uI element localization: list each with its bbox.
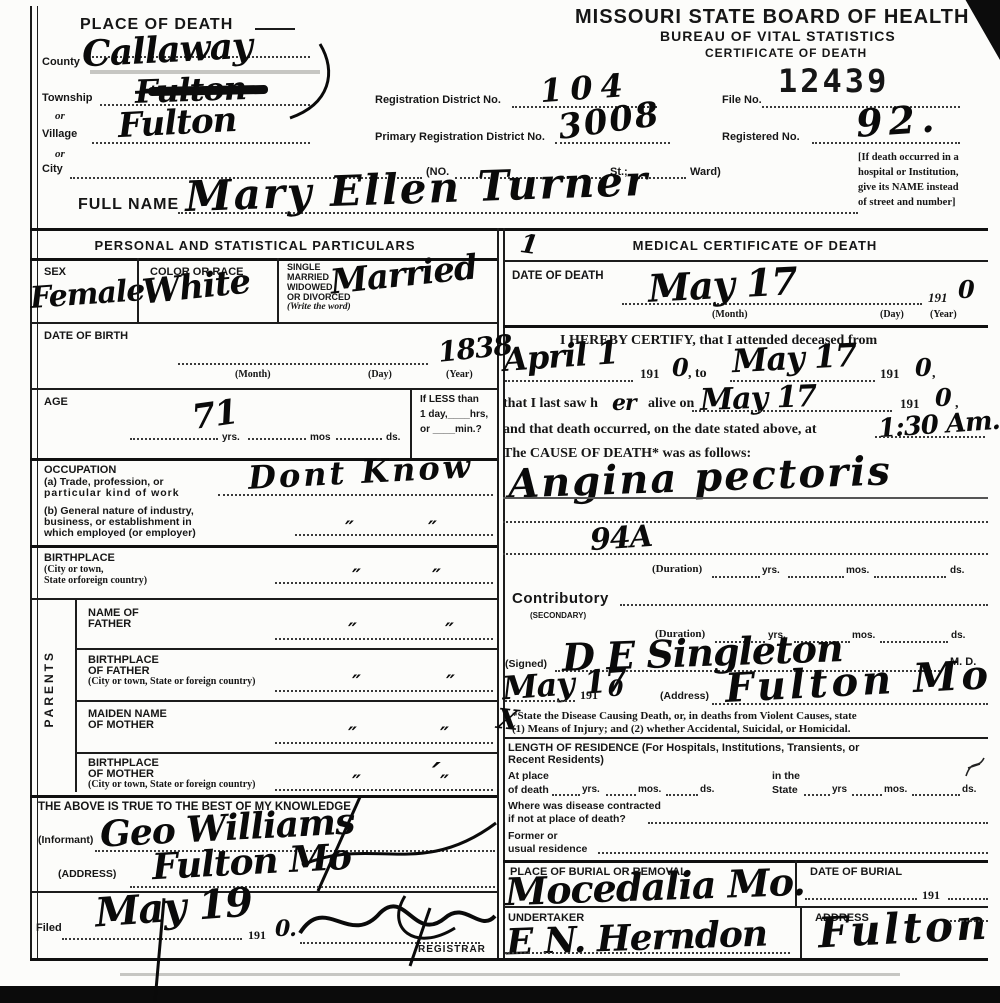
scan-bottom-bar	[0, 986, 1000, 1003]
hospital-note-line1: [If death occurred in a	[858, 152, 959, 163]
father-name-line	[275, 638, 493, 640]
duration-label: (Duration)	[652, 563, 702, 575]
undertaker-line	[505, 952, 790, 954]
undertaker-divider	[800, 906, 802, 958]
from-year-printed: 191	[640, 366, 660, 382]
duration2-ds: ds.	[951, 630, 965, 641]
date-of-death-value: May 17	[647, 262, 798, 308]
rule	[503, 737, 988, 739]
table-top-border	[30, 228, 988, 231]
duration-yrs: yrs.	[762, 565, 780, 576]
cell-divider	[277, 258, 279, 322]
sex-value: Female	[29, 276, 145, 314]
board-title: MISSOURI STATE BOARD OF HEALTH	[575, 6, 969, 29]
rule	[75, 752, 497, 754]
dod-year-hw: 0	[958, 278, 974, 302]
filed-line	[62, 938, 242, 940]
dob-label: DATE OF BIRTH	[44, 330, 128, 342]
age-label: AGE	[44, 396, 68, 408]
ditto-mark: ″	[440, 724, 448, 744]
county-label: County	[42, 56, 80, 68]
blank-line	[503, 553, 988, 555]
dob-line	[178, 363, 428, 365]
if-less-line3: or ____min.?	[420, 424, 482, 435]
ditto-mark: ″	[348, 620, 356, 640]
burial-date-label: DATE OF BURIAL	[810, 866, 902, 878]
stray-mark-1: 1	[518, 231, 539, 259]
rule	[75, 700, 497, 702]
or-label: or	[55, 110, 65, 122]
duration-ds: ds.	[950, 565, 964, 576]
seen-year-hw: 0	[935, 386, 951, 410]
certificate-title: CERTIFICATE OF DEATH	[705, 46, 867, 60]
scan-left-border-1	[30, 6, 32, 960]
mother-bp-line	[275, 789, 493, 791]
death-certificate: PLACE OF DEATH MISSOURI STATE BOARD OF H…	[0, 0, 1000, 1003]
rule	[30, 545, 497, 548]
former-line	[598, 852, 988, 854]
dur2-ds-line	[880, 641, 948, 643]
from-year-hw: 0	[672, 356, 688, 380]
birthplace-sub1: (City or town,	[44, 564, 104, 575]
color-race-value: White	[141, 264, 252, 309]
sdate-year-hw: 0	[608, 678, 622, 700]
secondary-label: (SECONDARY)	[530, 611, 586, 620]
residence-title-line1: LENGTH OF RESIDENCE (For Hospitals, Inst…	[508, 742, 859, 754]
cell-divider	[137, 258, 139, 322]
rule	[503, 325, 988, 328]
ditto-mark: ″	[352, 772, 360, 792]
bureau-title: BUREAU OF VITAL STATISTICS	[660, 28, 896, 44]
age-yrs-label: yrs.	[222, 432, 240, 443]
in-the-label: in the	[772, 770, 800, 782]
dur-mos-line	[788, 576, 844, 578]
township-label: Township	[42, 92, 93, 104]
ditto-mark: ″	[348, 724, 356, 744]
former-label1: Former or	[508, 830, 558, 842]
age-yrs-line	[130, 438, 218, 440]
res-mos2: mos.	[884, 784, 907, 795]
contributory-label: Contributory	[512, 590, 609, 607]
village-label: Village	[42, 128, 77, 140]
if-less-line1: If LESS than	[420, 394, 479, 405]
or-label: or	[55, 148, 65, 160]
primary-reg-label: Primary Registration District No.	[375, 131, 545, 143]
hospital-note-line4: of street and number]	[858, 197, 956, 208]
scan-smudge	[120, 973, 900, 976]
res-line	[666, 794, 698, 796]
birthplace-sub2: State orforeign country)	[44, 575, 147, 586]
burial-date-line	[805, 898, 917, 900]
ditto-mark: ″	[440, 772, 448, 792]
ditto-mark: ″	[352, 566, 360, 586]
footnote-line1: *State the Disease Causing Death, or, in…	[512, 710, 857, 722]
undertaker-address-value: Fulton	[817, 904, 990, 955]
parents-label: PARENTS	[42, 650, 56, 727]
filed-year-hw: 0.	[275, 918, 296, 940]
her-hw: er	[612, 392, 636, 414]
to-year-printed: 191	[880, 366, 900, 382]
marital-write-word: (Write the word)	[287, 302, 351, 312]
filed-date-value: May 19	[94, 883, 253, 934]
res-yrs1: yrs.	[582, 784, 600, 795]
registered-no-label: Registered No.	[722, 131, 800, 143]
dod-year-label: (Year)	[930, 309, 957, 320]
registered-no-value: 92.	[855, 99, 942, 143]
seen-year-printed: 191	[900, 396, 920, 412]
former-label2: usual residence	[508, 843, 587, 855]
full-name-label: FULL NAME	[78, 196, 179, 214]
burial-year-printed: 191	[922, 888, 940, 903]
rule	[75, 648, 497, 650]
pen-flourish	[282, 42, 332, 122]
city-ward-label: Ward)	[690, 166, 721, 178]
hospital-note-line2: hospital or Institution,	[858, 167, 958, 178]
to-year-hw: 0	[915, 356, 931, 380]
informant-label: (Informant)	[38, 834, 93, 846]
village-value: Fulton	[117, 103, 237, 143]
marital-label-single: SINGLE	[287, 262, 321, 272]
attended-to-value: May 17	[731, 339, 857, 377]
if-less-line2: 1 day,____hrs,	[420, 409, 488, 420]
attended-from-value: April 1	[502, 336, 619, 376]
contracted-line	[648, 822, 988, 824]
dod-year-printed: 191	[928, 290, 948, 306]
address2-value: Fulton Mo	[724, 655, 993, 709]
occupation-a-value: Dont Know	[247, 450, 474, 494]
reg-district-label: Registration District No.	[375, 94, 501, 106]
dod-day-label: (Day)	[880, 309, 904, 320]
county-value: Callaway	[81, 28, 253, 73]
ditto-mark: ″	[445, 620, 453, 640]
filed-year-printed: 191	[248, 928, 266, 943]
date-of-death-label: DATE OF DEATH	[512, 270, 604, 282]
pen-flourish-g: ˊ	[425, 762, 439, 792]
full-name-value: Mary Ellen Turner	[184, 160, 649, 218]
at-place-label1: At place	[508, 770, 549, 782]
dur-ds-line	[874, 576, 946, 578]
age-mos-label: mos	[310, 432, 331, 443]
mother-bp-sub: (City or town, State or foreign country)	[88, 779, 255, 790]
time-line	[875, 436, 985, 438]
address2-label: (Address)	[660, 690, 709, 702]
cause-line	[503, 497, 988, 499]
filed-label: Filed	[36, 922, 62, 934]
dob-year-label: (Year)	[446, 369, 473, 380]
burial-place-value: Mocedalia Mo.	[504, 863, 805, 911]
contracted-label1: Where was disease contracted	[508, 800, 661, 812]
sdate-line	[505, 700, 575, 702]
res-line	[852, 794, 882, 796]
state-label: State	[772, 784, 798, 796]
father-bp-line	[275, 690, 493, 692]
ditto-mark: ″	[352, 672, 360, 692]
res-yrs2: yrs	[832, 784, 847, 795]
res-ds1: ds.	[700, 784, 714, 795]
ditto-mark: ″	[446, 672, 454, 692]
from-line	[505, 380, 633, 382]
marital-label-widowed: WIDOWED	[287, 282, 333, 292]
dob-day-label: (Day)	[368, 369, 392, 380]
scan-left-border-2	[37, 6, 38, 960]
hospital-note-line3: give its NAME instead	[858, 182, 959, 193]
file-no-value: 12439	[778, 62, 889, 100]
sex-label: SEX	[44, 266, 66, 278]
cell-divider	[410, 388, 412, 458]
blank-line	[503, 521, 988, 523]
occupation-label: OCCUPATION	[44, 464, 116, 476]
file-no-label: File No.	[722, 94, 762, 106]
medical-section-title: MEDICAL CERTIFICATE OF DEATH	[560, 238, 950, 253]
res-line	[912, 794, 960, 796]
dur-yrs-line	[712, 576, 760, 578]
registrar-label: REGISTRAR	[418, 944, 486, 955]
contributory-line	[620, 604, 988, 606]
father-name-label2: FATHER	[88, 618, 131, 630]
certify-line2a: that I last saw h	[503, 396, 598, 412]
ditto-mark: ″	[428, 518, 436, 538]
ditto-mark: ″	[345, 518, 353, 538]
res-line	[804, 794, 830, 796]
rule	[30, 388, 497, 390]
ink-blot	[148, 85, 268, 96]
cause-code-value: 94A	[589, 522, 653, 556]
personal-section-title: PERSONAL AND STATISTICAL PARTICULARS	[60, 238, 450, 253]
dod-month-label: (Month)	[712, 309, 748, 320]
age-ds-line	[336, 438, 382, 440]
certify-line2b: alive on	[648, 396, 694, 412]
city-label: City	[42, 163, 63, 175]
father-bp-sub: (City or town, State or foreign country)	[88, 676, 255, 687]
birthplace-label: BIRTHPLACE	[44, 552, 115, 564]
dob-month-label: (Month)	[235, 369, 271, 380]
seen-line	[692, 410, 892, 412]
res-line	[606, 794, 636, 796]
mother-name-line	[275, 742, 493, 744]
certify-line3: and that death occurred, on the date sta…	[503, 422, 817, 438]
mother-name-label2: OF MOTHER	[88, 719, 154, 731]
res-mos1: mos.	[638, 784, 661, 795]
to-label: , to	[688, 366, 707, 382]
rule	[255, 28, 295, 30]
comma: ,	[932, 366, 936, 382]
age-ds-label: ds.	[386, 432, 400, 443]
parents-divider	[75, 598, 77, 792]
rule	[30, 322, 497, 324]
marital-label-married: MARRIED	[287, 272, 329, 282]
res-line	[552, 794, 580, 796]
address-label: (ADDRESS)	[58, 868, 116, 880]
occupation-b-line3: which employed (or employer)	[44, 527, 196, 539]
occupation-b-line	[295, 534, 493, 536]
at-place-label2: of death	[508, 784, 549, 796]
uaddr-line	[950, 920, 988, 922]
address-value: Fulton Mo	[151, 839, 352, 885]
ditto-mark: ″	[432, 566, 440, 586]
footnote-line2: (1) Means of Injury; and (2) whether Acc…	[512, 723, 850, 735]
contracted-label2: if not at place of death?	[508, 813, 626, 825]
residence-title-line2: Recent Residents)	[508, 754, 604, 766]
age-value: 71	[190, 395, 240, 435]
res-ds2: ds.	[962, 784, 976, 795]
pen-squiggle	[962, 756, 988, 778]
rule	[30, 598, 497, 600]
duration-mos: mos.	[846, 565, 869, 576]
sdate-year-printed: 191	[580, 688, 598, 703]
occupation-a-line2: particular kind of work	[44, 487, 180, 499]
age-mos-line	[248, 438, 306, 440]
duration2-mos: mos.	[852, 630, 875, 641]
birthplace-line	[275, 582, 493, 584]
